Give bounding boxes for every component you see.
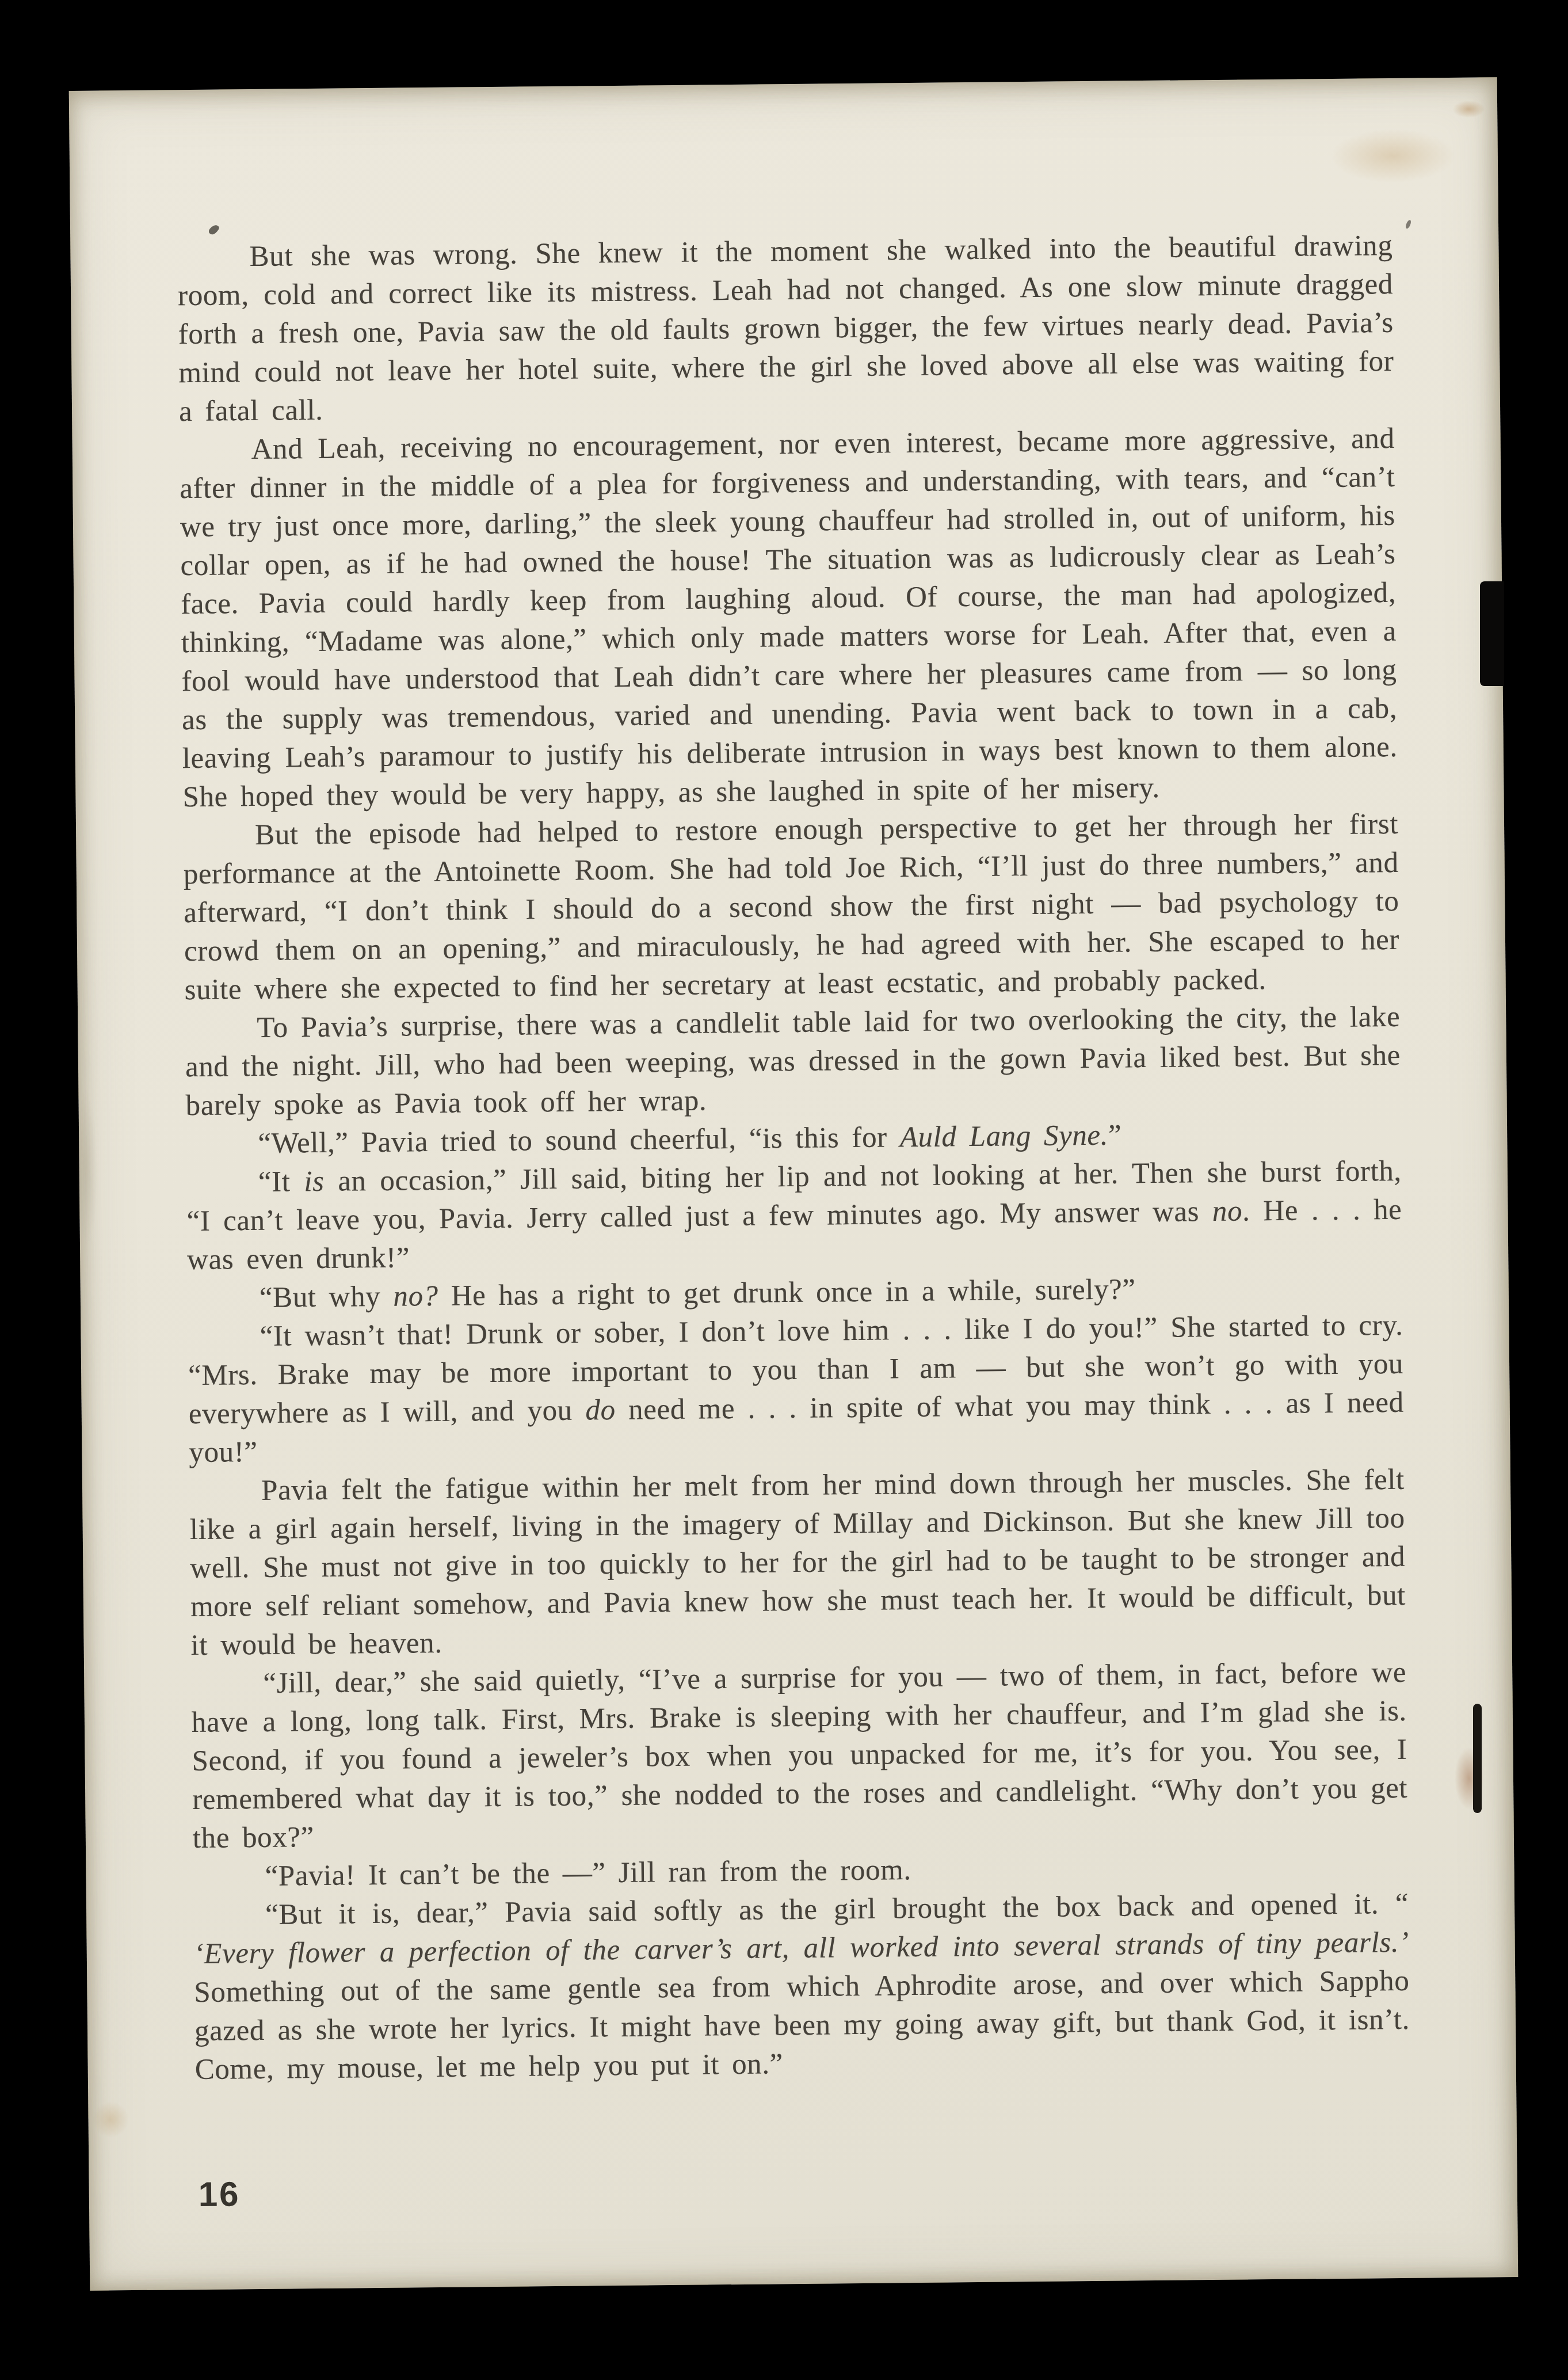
paper-stain-top-right: [1306, 117, 1479, 194]
paragraph: To Pavia’s surprise, there was a candlel…: [185, 998, 1401, 1125]
scan-background: But she was wrong. She knew it the momen…: [0, 0, 1568, 2380]
paragraph: But the episode had helped to restore en…: [183, 805, 1400, 1010]
italic-text-segment: Auld Lang Syne.: [900, 1119, 1109, 1153]
paragraph: But she was wrong. She knew it the momen…: [177, 227, 1394, 431]
text-segment: “Pavia! It can’t be the —” Jill ran from…: [265, 1854, 911, 1892]
paragraph: “But it is, dear,” Pavia said softly as …: [193, 1885, 1410, 2089]
paragraph: And Leah, receiving no encouragement, no…: [179, 420, 1398, 817]
paragraph: Pavia felt the fatigue within her melt f…: [189, 1461, 1406, 1665]
italic-text-segment: no?: [393, 1280, 438, 1313]
text-segment: “It: [258, 1166, 304, 1198]
text-segment: “But why: [260, 1281, 394, 1314]
text-block: But she was wrong. She knew it the momen…: [177, 227, 1410, 2089]
page-number: 16: [198, 2174, 240, 2214]
text-segment: Something out of the same gentle sea fro…: [194, 1965, 1410, 2086]
text-segment: He has a right to get drunk once in a wh…: [438, 1273, 1135, 1312]
text-segment: Pavia felt the fatigue within her melt f…: [189, 1464, 1406, 1662]
stray-ink-mark: [1405, 219, 1411, 229]
text-segment: And Leah, receiving no encouragement, no…: [180, 422, 1398, 813]
italic-text-segment: ‘Every flower a perfection of the carver…: [194, 1926, 1409, 1970]
text-segment: “But it is, dear,” Pavia said softly as …: [265, 1888, 1409, 1931]
italic-text-segment: no: [1212, 1195, 1243, 1228]
text-segment: But she was wrong. She knew it the momen…: [178, 230, 1394, 428]
paragraph: “It wasn’t that! Drunk or sober, I don’t…: [188, 1307, 1404, 1472]
text-segment: To Pavia’s surprise, there was a candlel…: [185, 1001, 1401, 1122]
italic-text-segment: do: [585, 1394, 616, 1426]
paper-stain-top-right-speck: [1447, 97, 1490, 121]
text-segment: ”: [1108, 1119, 1122, 1152]
paper-stain-left-edge: [73, 1069, 101, 1265]
text-segment: “Well,” Pavia tried to sound cheerful, “…: [258, 1121, 900, 1160]
paragraph: “Jill, dear,” she said quietly, “I’ve a …: [191, 1654, 1408, 1858]
scan-artifact-dark-line: [1473, 1704, 1482, 1813]
stray-ink-mark: [208, 223, 220, 237]
paper-stain-bottom-left: [85, 2093, 137, 2146]
scan-artifact-black-tab: [1480, 581, 1504, 686]
italic-text-segment: is: [304, 1166, 325, 1198]
book-page: But she was wrong. She knew it the momen…: [69, 77, 1519, 2291]
text-segment: But the episode had helped to restore en…: [184, 808, 1400, 1006]
text-segment: “Jill, dear,” she said quietly, “I’ve a …: [192, 1657, 1408, 1855]
paper-rust-smudge: [1448, 1735, 1489, 1822]
paragraph: “It is an occasion,” Jill said, biting h…: [186, 1152, 1403, 1280]
